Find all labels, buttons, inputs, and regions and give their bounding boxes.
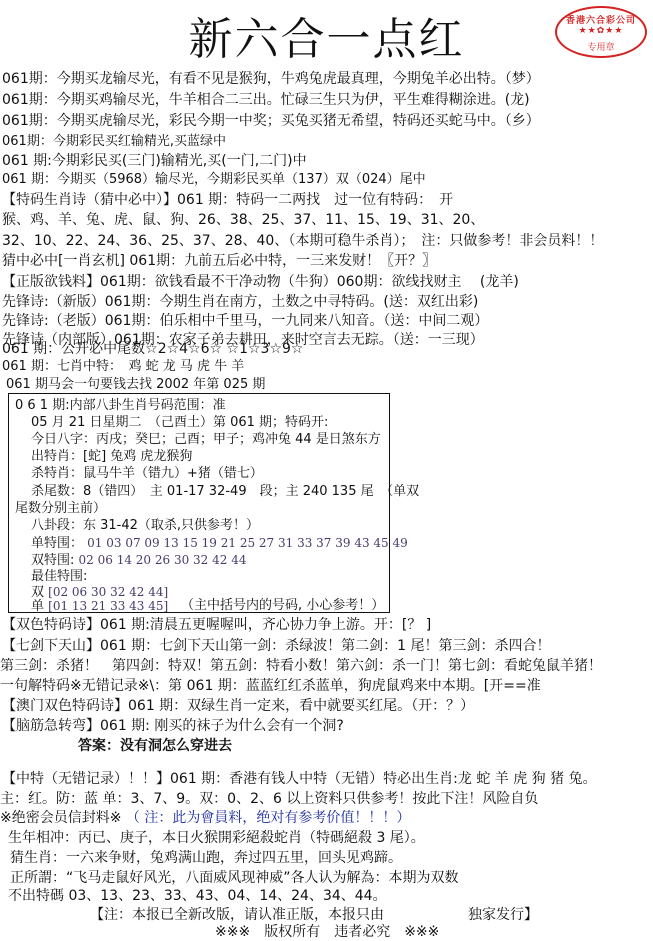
page-title: 新六合一点红 [0,14,653,66]
zodiac-poem-heading: 【特码生肖诗（猜中必中）】061 期：特码一二两找 过一位有特码： 开 [2,191,453,209]
tail-numbers-line: 061 期：公开必中尾数☆2☆4☆6☆ ☆1☆3☆9☆ [2,340,303,358]
seven-zodiac-line: 061 期：七肖中特： 鸡 蛇 龙 马 虎 牛 羊 [2,358,244,376]
box-bazi-line: 今日八字：丙戌；癸巳；己酉；甲子；鸡冲兔 44 是日煞东方 [31,432,381,448]
best-odd-numbers: [01 13 21 33 43 45] [48,599,168,613]
poem-new-version: 先锋诗:（新版）061期：今期生肖在南方，土数之中寻特码。(送：双红出彩) [2,293,478,311]
company-stamp: 香港六合彩公司 ★★✿★★ 专用章 [555,6,647,58]
prediction-line: 061期：今期买龙输尽光，有看不见是猴狗，牛鸡兔虎最真理，今期兔羊必出特。（梦） [2,70,540,88]
best-odd-label: 单 [31,599,44,614]
racing-club-line: 061 期马会一句要钱去找 2002 年第 025 期 [6,376,265,394]
stamp-bottom-text: 专用章 [557,40,645,53]
member-note: （ 注：此为會員料，绝对有参考价值！！！） [126,810,410,826]
zodiac-numbers-line: 32、10、22、24、36、25、37、28、40、（本期可稳牛杀肖）； 注：… [2,232,603,250]
special-record-line: 【中特（无错记录）！！】061 期：香港有钱人中特（无错）特必出生肖:龙 蛇 羊… [2,770,597,788]
box-out-zodiac: 出特肖：[蛇] 兔鸡 虎龙猴狗 [31,449,192,465]
copyright-line: ※※※ 版权所有 违者必究 ※※※ [215,923,439,941]
excluded-numbers: 不出特碼 03、13、23、33、43、04、14、24、34、44。 [8,887,387,905]
box-date-line: 05 月 21 日星期二 （己酉土）第 061 期；特码开: [31,415,328,431]
stamp-stars-icon: ★★✿★★ [557,26,645,36]
guess-zodiac: 猜生肖：一六来争财，兔鸡满山跑，奔过四五里，回头见鸡蹄。 [10,849,402,867]
two-color-poem: 【双色特码诗】061 期:清晨五更喔喔叫，齐心协力争上游。开：[？ ] [2,616,431,634]
stamp-top-text: 香港六合彩公司 [557,13,645,26]
seven-swords-line: 【七剑下天山】061 期：七剑下天山第一剑：杀绿波！第二剑：1 尾！第三剑：杀四… [2,637,551,655]
best-even-numbers: [02 06 30 32 42 44] [48,585,168,599]
member-envelope-line: ※绝密会员信封料※ （ 注：此为會員料，绝对有参考价值！！！） [0,809,410,827]
money-riddle-line: 【正版欲钱料】061期：欲钱看最不干净动物（牛狗）060期：欲线找财主 (龙羊) [2,273,519,291]
notice-line: 【注：本报已全新改版，请认准正版，本报只由 独家发行】 [90,906,538,924]
even-range-label: 双特围: [31,553,74,568]
odd-range-numbers: 01 03 07 09 13 15 19 21 25 27 31 33 37 3… [87,536,408,550]
prediction-line: 061期：今期彩民买红输精光,买蓝绿中 [2,133,226,151]
member-envelope-label: ※绝密会员信封料※ [0,810,121,826]
macau-poem: 【澳门双色特码诗】061 期：双绿生肖一定来，看中就要买红尾。（开：？） [2,697,474,715]
birth-year-clash: 生年相冲：丙已、庚子，本日火猴開彩絕殺蛇肖（特碼絕殺 3 尾）。 [8,829,425,847]
box-kill-tail-cont: 尾数分别主前） [15,501,106,517]
box-best-odd: 单 [01 13 21 33 43 45] （主中括号内的号码, 小心参考！） [31,598,381,615]
brain-teaser: 【脑筋急转弯】061 期: 刚买的袜子为什么会有一个洞? [2,717,344,735]
best-odd-note: （主中括号内的号码, 小心参考！） [181,598,384,614]
brain-teaser-answer: 答案：没有洞怎么穿进去 [78,737,232,755]
prediction-line: 061期：今期买鸡输尽光，牛羊相合二三出。忙碌三生只为伊，平生难得糊涂进。(龙) [2,91,530,109]
box-kill-tail: 杀尾数：8（错四） 主 01-17 32-49 段；主 240 135 尾 （单… [31,484,419,500]
prediction-line: 061 期：今期买（5968）输尽光，今期彩民买单（137）双（024）尾中 [2,171,426,189]
box-best-range: 最佳特围: [31,569,87,585]
even-range-numbers: 02 06 14 20 26 30 32 42 44 [79,553,247,567]
box-heading: 0 6 1 期:内部八卦生肖号码范围：准 [15,398,226,414]
one-sentence-riddle: 一句解特码※无错记录※\：第 061 期：蓝蓝红红杀蓝单，狗虎鼠鸡来中本期。[开… [0,677,541,695]
riddle-line: 猜中必中[一肖玄机] 061期：九前五后必中特，一三来发财！〖开？〗 [2,252,436,270]
box-bagua-segment: 八卦段：东 31-42（取杀,只供参考！） [31,518,259,534]
box-kill-zodiac: 杀特肖：鼠马牛羊（错九）+猪（错七） [31,466,263,482]
poem-old-version: 先锋诗:（老版）061期：伯乐相中千里马，一九同来八知音。（送：中间二观） [2,312,488,330]
prediction-line: 061 期:今期彩民买(三门)输精光,买(一门,二门)中 [2,152,307,170]
bagua-range-box: 0 6 1 期:内部八卦生肖号码范围：准 05 月 21 日星期二 （己酉土）第… [8,393,390,613]
zodiac-numbers-line: 猴、鸡、羊、兔、虎、鼠、狗、26、38、25、37、11、15、19、31、20… [2,211,484,229]
box-even-range: 双特围: 02 06 14 20 26 30 32 42 44 [31,552,246,569]
odd-range-label: 单特围： [31,536,83,551]
seven-swords-line-2: 第三剑：杀猪！ 第四剑：特双！第五剑：特看小数！第六剑：杀一门！第七剑：看蛇兔鼠… [0,657,602,675]
saying-line: 正所謂：“飞马走鼠好风光，八面威风现神威”各人认为解為：本期为双数 [10,869,459,887]
color-parity-line: 主：红。防：蓝 单：3、7、9。双：0、2、6 以上资料只供参考！按此下注！风险… [0,790,538,808]
prediction-line: 061期：今期买虎输尽光，彩民今期一中奖；买兔买猪无希望，特码还买蛇马中。（乡） [2,112,540,130]
box-odd-range: 单特围： 01 03 07 09 13 15 19 21 25 27 31 33… [31,535,408,552]
